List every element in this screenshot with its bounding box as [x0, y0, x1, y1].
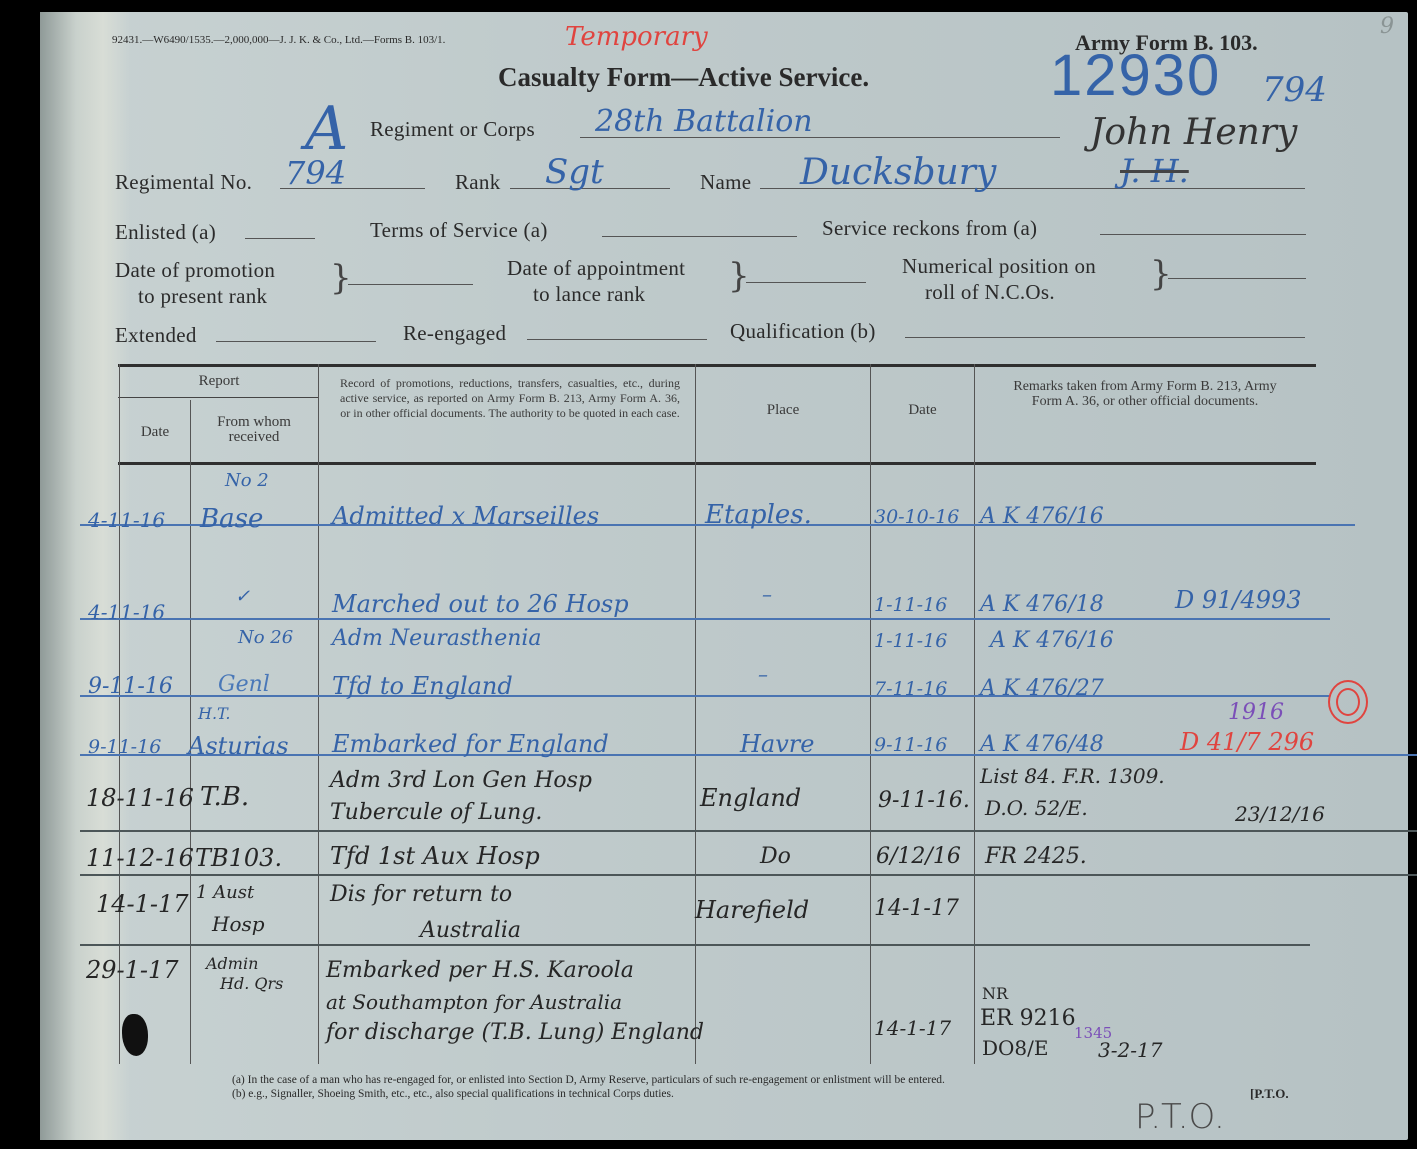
qualification-label: Qualification (b)	[730, 319, 876, 344]
row-from: Asturias	[188, 732, 289, 760]
row-remarks-3: DO8/E	[982, 1036, 1049, 1060]
regiment-value: 28th Battalion	[595, 104, 813, 139]
file-number: 12930	[1050, 42, 1221, 109]
row-date-2: 7-11-16	[874, 678, 947, 700]
annotation-794: 794	[1262, 70, 1327, 110]
row-rule	[80, 618, 1330, 620]
row-from-top: 1 Aust	[196, 882, 254, 903]
row-place: –	[758, 662, 768, 686]
row-remarks-2: D.O. 52/E.	[985, 796, 1088, 820]
row-date-2: 9-11-16	[874, 734, 947, 756]
appointment-label-line1: Date of appointment	[507, 256, 685, 281]
row-place: Etaples.	[705, 500, 812, 530]
appointment-underline	[746, 282, 866, 283]
row-from: Hd. Qrs	[220, 974, 283, 993]
row-record-2: Tubercule of Lung.	[330, 800, 542, 825]
qualification-underline	[905, 337, 1305, 338]
row-place: Do	[760, 844, 791, 869]
enlisted-label: Enlisted (a)	[115, 220, 216, 245]
row-record: Embarked for England	[332, 730, 609, 758]
brace: }	[1150, 254, 1172, 294]
row-rule	[80, 874, 1417, 876]
reengaged-label: Re-engaged	[403, 321, 506, 346]
row-record: Adm 3rd Lon Gen Hosp	[330, 768, 592, 793]
name-label: Name	[700, 170, 751, 195]
row-record: Dis for return to	[330, 882, 512, 907]
name-value: Ducksbury	[800, 152, 996, 193]
pto-handwritten: P.T.O.	[1135, 1097, 1225, 1137]
row-from: Genl	[218, 672, 270, 697]
row-date: 11-12-16	[86, 844, 194, 872]
row-from-top: H.T.	[198, 704, 230, 723]
row-record: Admitted x Marseilles	[332, 502, 599, 530]
row-record: Adm Neurasthenia	[332, 626, 542, 651]
row-from-top: Admin	[206, 954, 258, 973]
row-place: Harefield	[695, 896, 809, 924]
row-date: 14-1-17	[96, 890, 189, 918]
row-record-2: at Southampton for Australia	[326, 990, 622, 1014]
appointment-label-line2: to lance rank	[533, 282, 645, 307]
row-from: No 26	[238, 627, 293, 648]
casualty-form-document: 92431.—W6490/1535.—2,000,000—J. J. K. & …	[40, 12, 1408, 1140]
col-divider	[974, 364, 975, 1064]
row-from: Hosp	[212, 912, 265, 936]
name-initials-struck: J. H.	[1120, 152, 1189, 190]
row-date-2: 9-11-16.	[878, 788, 970, 813]
row-remarks: A K 476/27	[980, 676, 1104, 701]
row-record: Tfd to England	[332, 672, 513, 700]
row-record-2: Australia	[420, 918, 521, 943]
page-mark: 9	[1380, 14, 1394, 39]
row-record: Embarked per H.S. Karoola	[326, 958, 634, 983]
row-from-top: No 2	[225, 470, 269, 491]
row-remarks: FR 2425.	[985, 844, 1087, 869]
row-from: TB103.	[195, 844, 282, 872]
enlisted-underline	[245, 238, 315, 239]
header-remarks: Remarks taken from Army Form B. 213, Arm…	[1000, 379, 1290, 409]
terms-of-service-label: Terms of Service (a)	[370, 218, 548, 243]
row-remarks: A K 476/16	[980, 504, 1104, 529]
row-remarks: A K 476/16	[990, 628, 1114, 653]
page-title: Casualty Form—Active Service.	[498, 62, 869, 93]
report-subheader-rule	[118, 397, 318, 398]
footnote-a: (a) In the case of a man who has re-enga…	[232, 1074, 945, 1086]
row-from: T.B.	[200, 782, 249, 812]
row-place: –	[762, 582, 772, 606]
row-date-2: 14-1-17	[874, 1016, 951, 1040]
print-line: 92431.—W6490/1535.—2,000,000—J. J. K. & …	[112, 34, 445, 46]
row-remarks: NR	[982, 984, 1008, 1003]
row-from: Base	[200, 504, 263, 534]
row-record: Marched out to 26 Hosp	[332, 590, 629, 618]
brace: }	[728, 256, 750, 296]
extended-label: Extended	[115, 323, 197, 348]
row-remarks-2: ER 9216	[980, 1006, 1076, 1031]
table-header-border	[118, 462, 1316, 465]
extended-underline	[216, 341, 376, 342]
rank-label: Rank	[455, 170, 501, 195]
row-rule	[80, 944, 1310, 946]
promotion-label-line1: Date of promotion	[115, 258, 275, 283]
row-date-2: 30-10-16	[874, 506, 959, 528]
header-record: Record of promotions, reductions, transf…	[340, 376, 680, 421]
numerical-position-label-line1: Numerical position on	[902, 254, 1096, 279]
row-date-2: 6/12/16	[876, 844, 961, 869]
brace: }	[330, 258, 352, 298]
row-remarks-3: 23/12/16	[1235, 802, 1325, 826]
numerical-position-label-line2: roll of N.C.Os.	[925, 280, 1055, 305]
row-place: Havre	[740, 730, 814, 758]
row-date: 4-11-16	[88, 508, 165, 532]
footnote-b: (b) e.g., Signaller, Shoeing Smith, etc.…	[232, 1088, 674, 1100]
promotion-label-line2: to present rank	[138, 284, 267, 309]
pto-print: [P.T.O.	[1250, 1086, 1289, 1102]
header-from-whom: From whom received	[193, 415, 315, 445]
row-record-3: for discharge (T.B. Lung) England	[326, 1020, 704, 1045]
numerical-underline	[1168, 278, 1306, 279]
row-date: 9-11-16	[88, 736, 161, 758]
header-place: Place	[696, 403, 870, 418]
row-remarks: List 84. F.R. 1309.	[980, 764, 1165, 788]
header-report: Report	[120, 374, 318, 389]
row-remarks-5: 3-2-17	[1098, 1038, 1162, 1062]
table-top-border	[118, 364, 1316, 367]
header-date-2: Date	[871, 403, 974, 418]
row-date-2: 1-11-16	[874, 630, 947, 652]
regiment-label: Regiment or Corps	[370, 117, 535, 142]
row-date-2: 14-1-17	[874, 896, 959, 921]
header-date: Date	[120, 425, 190, 440]
regimental-no-value: 794	[285, 154, 346, 192]
col-divider	[695, 364, 696, 1064]
row-remarks: A K 476/18	[980, 592, 1104, 617]
row-date: 29-1-17	[86, 956, 179, 984]
row-place: England	[700, 784, 801, 812]
rank-value: Sgt	[545, 152, 604, 192]
stamp-ref: D 41/7 296	[1180, 728, 1314, 756]
col-divider	[318, 364, 319, 1064]
reengaged-underline	[527, 339, 707, 340]
stamp-circle-inner-icon	[1336, 688, 1360, 716]
promotion-underline	[348, 284, 473, 285]
row-date: 9-11-16	[88, 674, 173, 699]
stamp-year: 1916	[1228, 700, 1284, 725]
temporary-stamp: Temporary	[565, 22, 708, 52]
regimental-no-label: Regimental No.	[115, 170, 252, 195]
row-date: 4-11-16	[88, 600, 165, 624]
reckons-underline	[1100, 234, 1306, 235]
paper-damage-hole	[122, 1014, 148, 1056]
row-remarks-2: D 91/4993	[1175, 586, 1302, 614]
row-remarks: A K 476/48	[980, 732, 1104, 757]
row-record: Tfd 1st Aux Hosp	[330, 842, 540, 870]
row-from: ✓	[235, 586, 250, 607]
row-date: 18-11-16	[86, 784, 194, 812]
given-names: John Henry	[1090, 112, 1297, 153]
service-reckons-label: Service reckons from (a)	[822, 216, 1037, 241]
row-rule	[80, 830, 1417, 832]
col-divider	[870, 364, 871, 1064]
row-date-2: 1-11-16	[874, 594, 947, 616]
terms-underline	[602, 236, 797, 237]
